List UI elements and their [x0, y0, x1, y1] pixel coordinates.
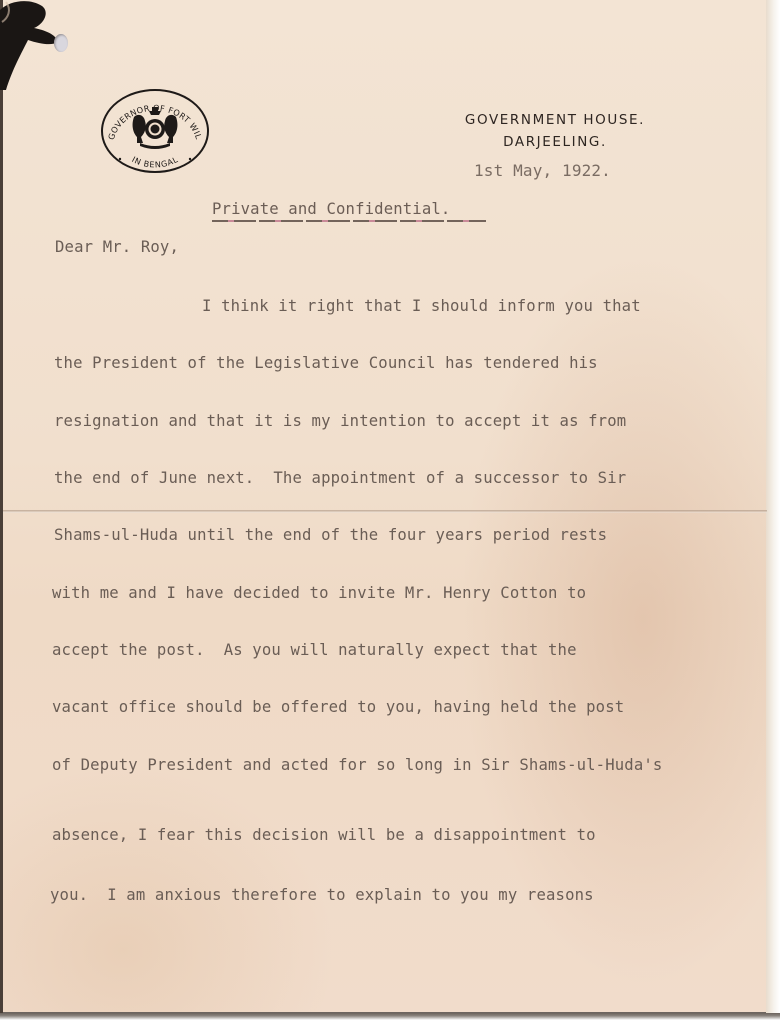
body-line: accept the post. As you will naturally e…	[52, 641, 577, 659]
subject-line: Private and Confidential.	[212, 200, 450, 218]
letterhead-address: GOVERNMENT HOUSE. DARJEELING.	[420, 110, 690, 153]
letter-date: 1st May, 1922.	[474, 161, 611, 180]
page-bottom-edge	[0, 1013, 780, 1020]
body-line: the President of the Legislative Council…	[54, 354, 598, 372]
governor-crest-seal-icon: THE GOVERNOR OF FORT WILLIAM IN BENGAL	[100, 87, 210, 175]
body-line: vacant office should be offered to you, …	[52, 698, 624, 716]
body-line: the end of June next. The appointment of…	[54, 469, 626, 487]
letterhead-line-2: DARJEELING.	[420, 131, 690, 153]
subject-underline	[212, 220, 486, 222]
ribbon-tie-icon	[0, 0, 60, 90]
body-line: you. I am anxious therefore to explain t…	[50, 886, 594, 904]
page-edge	[766, 0, 780, 1020]
body-line: absence, I fear this decision will be a …	[52, 826, 596, 844]
body-line: resignation and that it is my intention …	[54, 412, 626, 430]
letterhead-line-1: GOVERNMENT HOUSE.	[420, 110, 690, 130]
body-line: Shams-ul-Huda until the end of the four …	[54, 526, 607, 544]
body-line: of Deputy President and acted for so lon…	[52, 756, 662, 774]
salutation: Dear Mr. Roy,	[55, 238, 179, 256]
body-line: with me and I have decided to invite Mr.…	[52, 584, 586, 602]
paper-fold-crease	[3, 510, 767, 513]
svg-text:IN BENGAL: IN BENGAL	[130, 155, 179, 170]
punch-hole	[54, 34, 68, 52]
body-line: I think it right that I should inform yo…	[202, 297, 641, 315]
